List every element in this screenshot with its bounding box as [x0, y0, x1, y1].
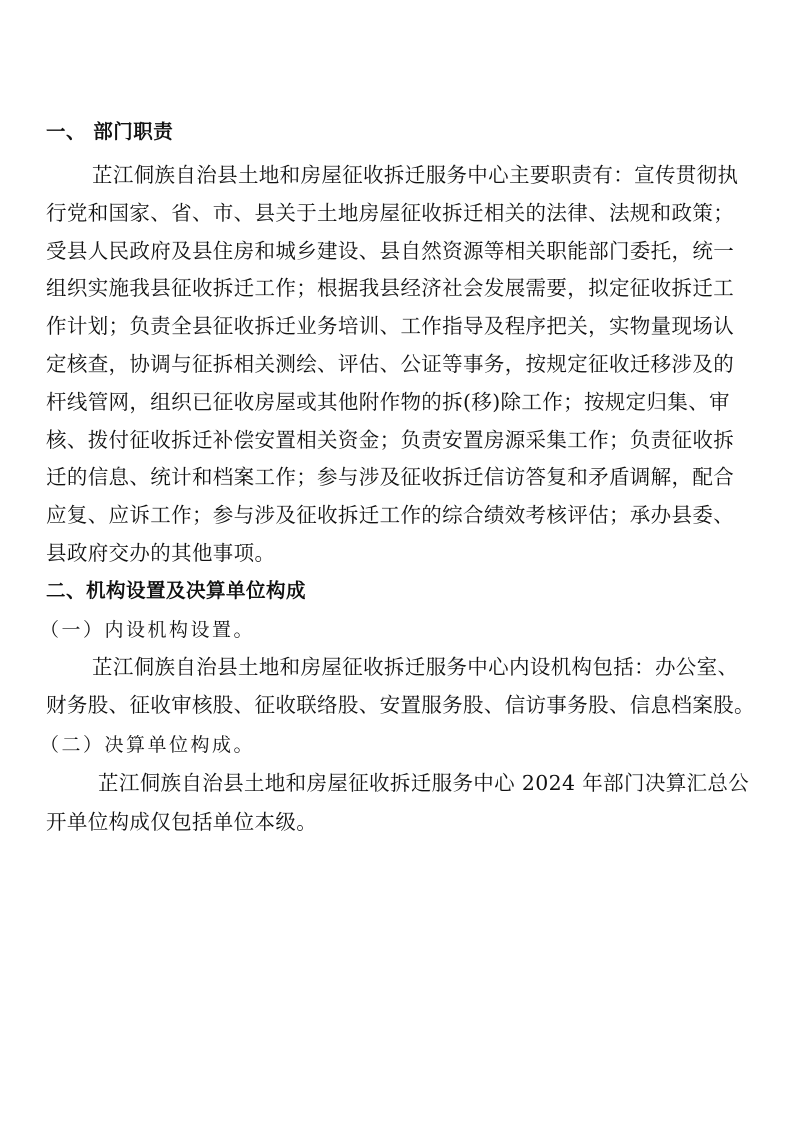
paragraph-line: 应复、应诉工作；参与涉及征收拆迁工作的综合绩效考核评估；承办县委、 — [46, 501, 746, 529]
paragraph-line: 受县人民政府及县住房和城乡建设、县自然资源等相关职能部门委托，统一 — [46, 237, 746, 265]
paragraph-line: 迁的信息、统计和档案工作；参与涉及征收拆迁信访答复和矛盾调解，配合 — [46, 463, 746, 491]
paragraph-line: 芷江侗族自治县土地和房屋征收拆迁服务中心内设机构包括：办公室、 — [46, 653, 792, 681]
paragraph-line: 芷江侗族自治县土地和房屋征收拆迁服务中心主要职责有：宣传贯彻执 — [46, 161, 792, 189]
paragraph-line: 开单位构成仅包括单位本级。 — [46, 808, 746, 836]
paragraph-line: 作计划；负责全县征收拆迁业务培训、工作指导及程序把关，实物量现场认 — [46, 312, 746, 340]
paragraph-line: 芷江侗族自治县土地和房屋征收拆迁服务中心 2024 年部门决算汇总公 — [46, 769, 793, 797]
paragraph-line: 定核查，协调与征拆相关测绘、评估、公证等事务，按规定征收迁移涉及的 — [46, 350, 746, 378]
paragraph-line: 组织实施我县征收拆迁工作；根据我县经济社会发展需要，拟定征收拆迁工 — [46, 274, 746, 302]
paragraph-line: 县政府交办的其他事项。 — [46, 539, 746, 567]
subheading-budget-units: （二）决算单位构成。 — [40, 731, 740, 759]
paragraph-line: 财务股、征收审核股、征收联络股、安置服务股、信访事务股、信息档案股。 — [46, 691, 746, 719]
paragraph-line: 行党和国家、省、市、县关于土地房屋征收拆迁相关的法律、法规和政策； — [46, 199, 746, 227]
subheading-internal-structure: （一）内设机构设置。 — [40, 616, 740, 644]
paragraph-line: 杆线管网，组织已征收房屋或其他附作物的拆(移)除工作；按规定归集、审 — [46, 388, 746, 416]
paragraph-line: 核、拨付征收拆迁补偿安置相关资金；负责安置房源采集工作；负责征收拆 — [46, 426, 746, 454]
section-heading-organization: 二、机构设置及决算单位构成 — [46, 577, 746, 605]
document-page: 一、 部门职责 芷江侗族自治县土地和房屋征收拆迁服务中心主要职责有：宣传贯彻执 … — [0, 0, 793, 1122]
section-heading-department-duties: 一、 部门职责 — [46, 118, 746, 146]
